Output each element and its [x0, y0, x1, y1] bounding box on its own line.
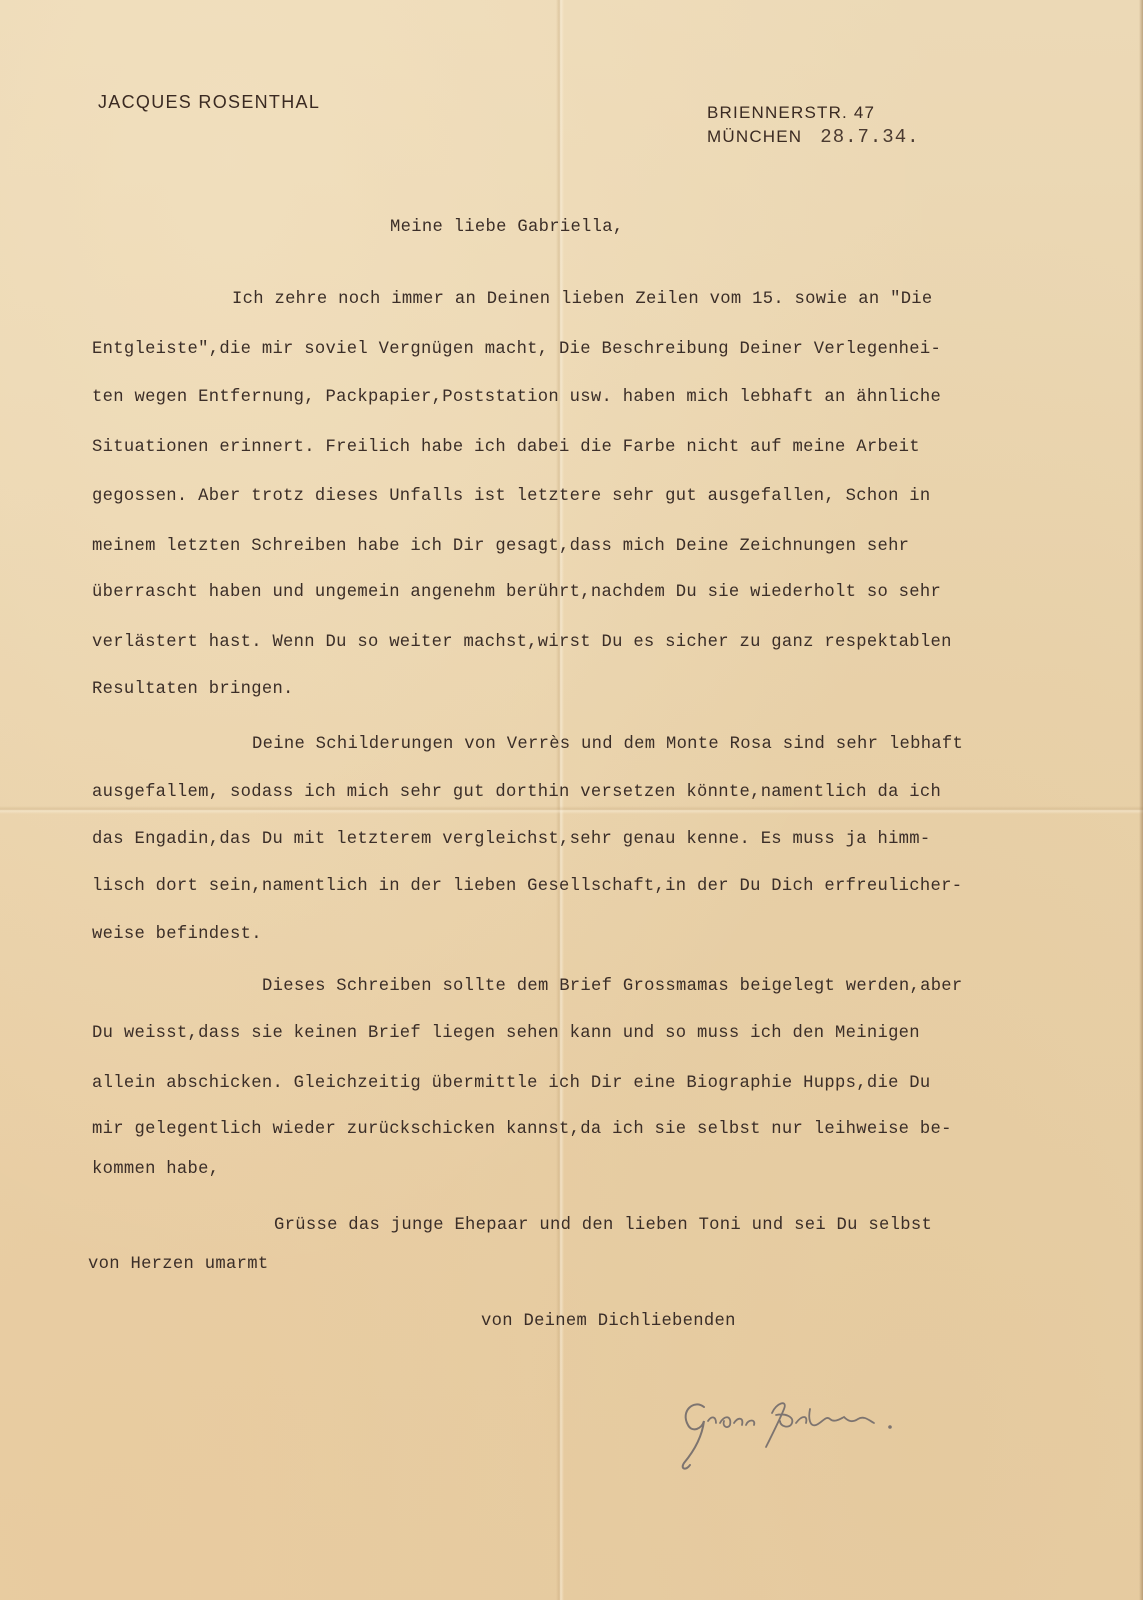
letter-line: Entgleiste",die mir soviel Vergnügen mac… — [92, 340, 941, 359]
letterhead-city-date-row: MÜNCHEN28.7.34. — [707, 125, 920, 149]
letter-line: das Engadin,das Du mit letzterem verglei… — [92, 830, 931, 849]
letter-line: kommen habe, — [92, 1160, 219, 1179]
handwritten-signature: Grosspapa. — [676, 1385, 976, 1475]
letter-line: lisch dort sein,namentlich in der lieben… — [92, 877, 962, 896]
letter-line: Resultaten bringen. — [92, 680, 294, 699]
letter-line: ten wegen Entfernung, Packpapier,Poststa… — [92, 388, 941, 407]
salutation: Meine liebe Gabriella, — [390, 218, 624, 237]
letter-line: mir gelegentlich wieder zurückschicken k… — [92, 1120, 952, 1139]
letter-line: weise befindest. — [92, 925, 262, 944]
letter-line: verlästert hast. Wenn Du so weiter machs… — [92, 633, 952, 652]
letterhead-city: MÜNCHEN — [707, 127, 802, 146]
letter-date: 28.7.34. — [820, 126, 919, 148]
letter-line: Dieses Schreiben sollte dem Brief Grossm… — [262, 977, 963, 996]
letter-line: allein abschicken. Gleichzeitig übermitt… — [92, 1074, 931, 1093]
paper-edge — [1139, 0, 1143, 1600]
letterhead-street: BRIENNERSTR. 47 — [707, 101, 920, 125]
letter-line: von Herzen umarmt — [88, 1255, 268, 1274]
letter-line: gegossen. Aber trotz dieses Unfalls ist … — [92, 487, 931, 506]
letter-line: Du weisst,dass sie keinen Brief liegen s… — [92, 1024, 920, 1043]
letter-line: Ich zehre noch immer an Deinen lieben Ze… — [232, 290, 933, 309]
letter-line: Situationen erinnert. Freilich habe ich … — [92, 438, 920, 457]
horizontal-fold-crease — [0, 806, 1143, 814]
letter-line: meinem letzten Schreiben habe ich Dir ge… — [92, 537, 909, 556]
letter-line: ausgefallem, sodass ich mich sehr gut do… — [92, 783, 941, 802]
letter-line: Grüsse das junge Ehepaar und den lieben … — [274, 1216, 932, 1235]
letter-line: von Deinem Dichliebenden — [481, 1312, 736, 1331]
letter-line: Deine Schilderungen von Verrès und dem M… — [252, 735, 963, 754]
letterhead-address: BRIENNERSTR. 47 MÜNCHEN28.7.34. — [707, 101, 920, 149]
letter-page: JACQUES ROSENTHAL BRIENNERSTR. 47 MÜNCHE… — [0, 0, 1143, 1600]
letterhead-name: JACQUES ROSENTHAL — [98, 92, 320, 113]
letter-line: überrascht haben und ungemein angenehm b… — [92, 583, 941, 602]
